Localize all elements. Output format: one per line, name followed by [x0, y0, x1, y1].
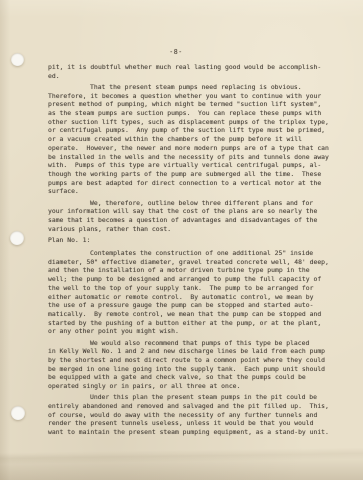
page-number: -8- [0, 48, 352, 56]
paragraph-recommendation: We would also recommend that pumps of th… [48, 339, 350, 391]
hole-punch-bottom [11, 406, 25, 420]
document-text-block: pit, it is doubtful whether much real la… [48, 63, 350, 439]
paragraph-steam-pumps: That the present steam pumps need replac… [48, 83, 350, 196]
paragraph-plan-1-body: Contemplates the construction of one add… [48, 249, 350, 336]
paragraph-continuation: pit, it is doubtful whether much real la… [48, 63, 350, 80]
paragraph-three-plans: We, therefore, outline below three diffe… [48, 199, 350, 234]
paragraph-abandon-pit: Under this plan the present steam pumps … [48, 393, 350, 437]
plan-1-heading: Plan No. 1: [48, 236, 350, 245]
paper-crease [0, 447, 363, 464]
scanned-document-page: -8- pit, it is doubtful whether much rea… [0, 0, 363, 480]
hole-punch-middle [10, 231, 24, 245]
